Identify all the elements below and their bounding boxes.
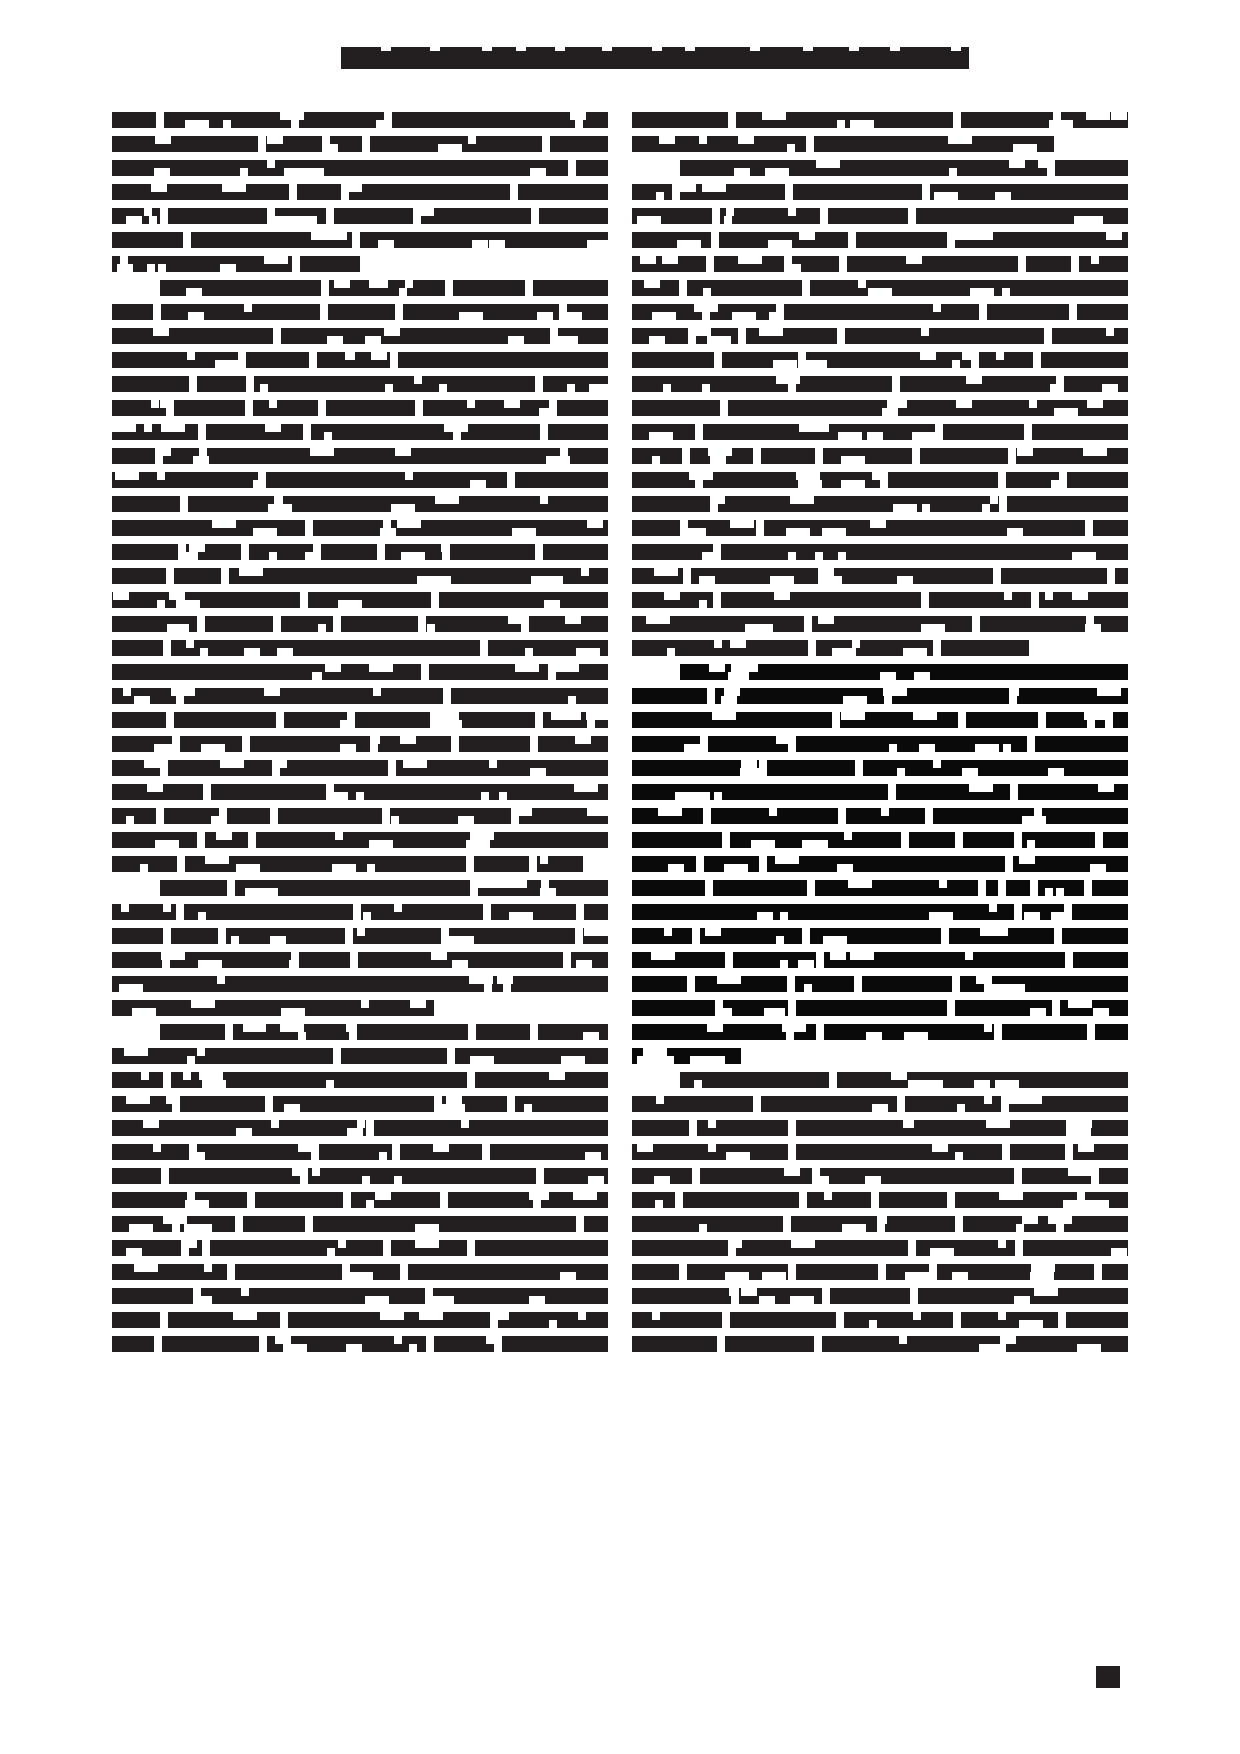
word-gap bbox=[994, 1024, 1002, 1040]
word-gap bbox=[507, 1096, 515, 1112]
mosaic-cell bbox=[435, 712, 459, 720]
mosaic-cell bbox=[561, 1056, 585, 1064]
redacted-text-line bbox=[112, 976, 608, 992]
mosaic-cell bbox=[649, 336, 665, 344]
word-gap bbox=[177, 856, 185, 872]
mosaic-cell bbox=[1090, 864, 1106, 872]
word-gap bbox=[714, 352, 722, 368]
mosaic-cell bbox=[153, 328, 169, 336]
mosaic-cell bbox=[314, 672, 322, 680]
mosaic-cell bbox=[578, 1312, 586, 1320]
redacted-text-line bbox=[632, 256, 1128, 272]
word-gap bbox=[1010, 784, 1018, 800]
mosaic-cell bbox=[870, 520, 886, 528]
word-gap bbox=[952, 976, 960, 992]
word-gap bbox=[837, 328, 845, 344]
mosaic-cell bbox=[730, 520, 754, 528]
word-gap bbox=[814, 1336, 822, 1352]
mosaic-cell bbox=[841, 712, 865, 720]
mosaic-cell bbox=[852, 640, 860, 648]
word-gap bbox=[1052, 1000, 1060, 1016]
mosaic-cell bbox=[796, 472, 820, 480]
redacted-text-line bbox=[112, 1048, 608, 1064]
mosaic-cell bbox=[280, 112, 304, 120]
mosaic-cell bbox=[394, 904, 402, 912]
word-gap bbox=[728, 112, 736, 128]
redacted-text-line bbox=[112, 208, 608, 224]
mosaic-cell bbox=[899, 1336, 907, 1344]
mosaic-cell bbox=[113, 592, 129, 600]
mosaic-cell bbox=[1030, 1272, 1054, 1280]
mosaic-cell bbox=[470, 832, 494, 840]
page-number-text: [redacted] bbox=[1096, 1666, 1097, 1667]
word-gap bbox=[395, 304, 403, 320]
mosaic-cell bbox=[189, 1152, 205, 1160]
mosaic-cell bbox=[380, 280, 388, 288]
mosaic-cell bbox=[417, 576, 441, 584]
redacted-text-line bbox=[632, 832, 1128, 848]
mosaic-cell bbox=[239, 568, 263, 576]
mosaic-cell bbox=[585, 1152, 601, 1160]
redacted-text-line bbox=[112, 1192, 608, 1208]
mosaic-cell bbox=[1106, 328, 1114, 336]
mosaic-cell bbox=[699, 1224, 707, 1232]
word-gap bbox=[273, 616, 281, 632]
mosaic-cell bbox=[431, 952, 447, 960]
word-gap bbox=[832, 712, 840, 728]
paragraph-text: [redacted] bbox=[112, 280, 113, 281]
mosaic-cell bbox=[399, 288, 407, 296]
mosaic-cell bbox=[977, 232, 993, 240]
mosaic-cell bbox=[1000, 1336, 1016, 1344]
word-gap bbox=[759, 856, 767, 872]
mosaic-cell bbox=[1102, 384, 1118, 392]
redacted-text-line bbox=[632, 136, 1054, 152]
mosaic-cell bbox=[157, 472, 165, 480]
mosaic-cell bbox=[869, 1320, 877, 1328]
redacted-text-line bbox=[632, 184, 1128, 200]
mosaic-cell bbox=[837, 864, 853, 872]
mosaic-cell bbox=[444, 424, 468, 432]
word-gap bbox=[292, 256, 300, 272]
mosaic-cell bbox=[1027, 840, 1035, 848]
mosaic-cell bbox=[469, 976, 493, 984]
mosaic-cell bbox=[738, 256, 762, 264]
redacted-text-line bbox=[112, 568, 608, 584]
mosaic-cell bbox=[882, 408, 898, 416]
mosaic-cell bbox=[551, 712, 575, 720]
mosaic-cell bbox=[913, 712, 937, 720]
mosaic-cell bbox=[171, 688, 195, 696]
mosaic-cell bbox=[472, 240, 488, 248]
redacted-text-line bbox=[112, 904, 608, 920]
mosaic-cell bbox=[410, 1000, 426, 1008]
mosaic-cell bbox=[441, 1104, 465, 1112]
paragraph: [redacted] bbox=[112, 112, 608, 272]
mosaic-cell bbox=[790, 1296, 814, 1304]
redacted-text-line bbox=[160, 1024, 608, 1040]
mosaic-cell bbox=[734, 168, 750, 176]
mosaic-cell bbox=[776, 736, 792, 744]
mosaic-cell bbox=[549, 1320, 557, 1328]
mosaic-cell bbox=[250, 1024, 266, 1032]
mosaic-cell bbox=[841, 456, 865, 464]
mosaic-cell bbox=[267, 136, 283, 144]
mosaic-cell bbox=[914, 672, 930, 680]
mosaic-cell bbox=[768, 240, 792, 248]
redacted-text-line bbox=[160, 280, 608, 296]
word-gap bbox=[1044, 328, 1052, 344]
mosaic-cell bbox=[269, 400, 277, 408]
mosaic-cell bbox=[664, 928, 672, 936]
mosaic-cell bbox=[962, 768, 978, 776]
paragraph-text: [redacted] bbox=[632, 1072, 633, 1073]
mosaic-cell bbox=[134, 696, 150, 704]
word-gap bbox=[480, 640, 488, 656]
redacted-text-line bbox=[632, 1288, 1128, 1304]
mosaic-cell bbox=[1074, 216, 1098, 224]
word-gap bbox=[682, 448, 690, 464]
mosaic-cell bbox=[201, 744, 225, 752]
word-gap bbox=[529, 856, 537, 872]
mosaic-cell bbox=[965, 952, 973, 960]
mosaic-cell bbox=[702, 384, 710, 392]
redacted-text-line bbox=[112, 304, 608, 320]
mosaic-cell bbox=[646, 616, 670, 624]
mosaic-cell bbox=[1019, 1320, 1043, 1328]
word-gap bbox=[353, 904, 361, 920]
mosaic-cell bbox=[872, 1104, 888, 1112]
mosaic-cell bbox=[1024, 912, 1040, 920]
redacted-text-line bbox=[632, 688, 1128, 704]
header-gap bbox=[685, 47, 695, 51]
mosaic-cell bbox=[397, 520, 421, 528]
mosaic-cell bbox=[741, 760, 757, 768]
word-gap bbox=[1107, 568, 1115, 584]
word-gap bbox=[568, 160, 576, 176]
mosaic-cell bbox=[163, 1216, 187, 1224]
mosaic-cell bbox=[198, 960, 222, 968]
redacted-text-line bbox=[112, 616, 608, 632]
mosaic-cell bbox=[1086, 112, 1110, 120]
redacted-text-line bbox=[112, 664, 608, 680]
mosaic-cell bbox=[637, 1144, 653, 1152]
mosaic-cell bbox=[830, 952, 846, 960]
mosaic-cell bbox=[220, 264, 236, 272]
mosaic-cell bbox=[310, 448, 334, 456]
word-gap bbox=[815, 448, 823, 464]
mosaic-cell bbox=[415, 1224, 439, 1232]
mosaic-cell bbox=[503, 880, 527, 888]
redacted-text-line bbox=[632, 424, 1128, 440]
word-gap bbox=[333, 1048, 341, 1064]
word-gap bbox=[788, 1120, 796, 1136]
word-gap bbox=[246, 376, 254, 392]
mosaic-cell bbox=[930, 1248, 954, 1256]
mosaic-cell bbox=[912, 432, 936, 440]
redacted-text-line bbox=[632, 1144, 1128, 1160]
mosaic-cell bbox=[587, 520, 603, 528]
mosaic-cell bbox=[724, 216, 732, 224]
word-gap bbox=[1014, 832, 1022, 848]
mosaic-cell bbox=[244, 304, 252, 312]
mosaic-cell bbox=[236, 1128, 252, 1136]
word-gap bbox=[451, 736, 459, 752]
mosaic-cell bbox=[1083, 448, 1107, 456]
mosaic-cell bbox=[144, 208, 152, 216]
word-gap bbox=[1024, 424, 1032, 440]
mosaic-cell bbox=[1111, 112, 1127, 120]
mosaic-cell bbox=[154, 168, 170, 176]
word-gap bbox=[300, 592, 308, 608]
mosaic-cell bbox=[725, 1272, 749, 1280]
mosaic-cell bbox=[253, 528, 277, 536]
header-gap bbox=[803, 47, 813, 51]
mosaic-cell bbox=[529, 1296, 545, 1304]
mosaic-cell bbox=[939, 880, 947, 888]
mosaic-cell bbox=[346, 184, 362, 192]
mosaic-cell bbox=[770, 576, 794, 584]
mosaic-cell bbox=[144, 424, 152, 432]
word-gap bbox=[1018, 256, 1026, 272]
word-gap bbox=[1015, 1240, 1023, 1256]
mosaic-cell bbox=[690, 1056, 714, 1064]
mosaic-cell bbox=[155, 456, 163, 464]
mosaic-cell bbox=[540, 888, 556, 896]
mosaic-cell bbox=[275, 496, 283, 504]
mosaic-cell bbox=[865, 1176, 881, 1184]
word-gap bbox=[431, 592, 439, 608]
word-gap bbox=[280, 1312, 288, 1328]
mosaic-cell bbox=[139, 1224, 147, 1232]
redacted-text-line bbox=[632, 760, 1128, 776]
mosaic-cell bbox=[880, 672, 896, 680]
mosaic-cell bbox=[813, 1176, 829, 1184]
word-gap bbox=[953, 1312, 961, 1328]
redacted-text-line bbox=[632, 1264, 1128, 1280]
word-gap bbox=[993, 568, 1001, 584]
right-column: [redacted][redacted][redacted][redacted] bbox=[632, 112, 1128, 1360]
mosaic-cell bbox=[933, 304, 941, 312]
mosaic-cell bbox=[326, 1080, 334, 1088]
word-gap bbox=[695, 424, 703, 440]
mosaic-cell bbox=[791, 1240, 815, 1248]
mosaic-cell bbox=[283, 1344, 307, 1352]
mosaic-cell bbox=[245, 888, 269, 896]
word-gap bbox=[235, 1216, 243, 1232]
mosaic-cell bbox=[920, 352, 936, 360]
mosaic-cell bbox=[740, 768, 764, 776]
mosaic-cell bbox=[371, 352, 387, 360]
mosaic-cell bbox=[129, 984, 137, 992]
paper-page: [redacted running header] [redacted][red… bbox=[0, 0, 1240, 1754]
mosaic-cell bbox=[167, 624, 183, 632]
mosaic-cell bbox=[652, 1312, 660, 1320]
word-gap bbox=[466, 856, 474, 872]
mosaic-cell bbox=[338, 600, 362, 608]
mosaic-cell bbox=[1011, 688, 1019, 696]
mosaic-cell bbox=[1045, 592, 1053, 600]
mosaic-cell bbox=[211, 816, 227, 824]
redacted-text-line bbox=[112, 784, 608, 800]
word-gap bbox=[1027, 736, 1035, 752]
mosaic-cell bbox=[780, 912, 788, 920]
redacted-text-line bbox=[632, 352, 1128, 368]
mosaic-cell bbox=[186, 640, 194, 648]
word-gap bbox=[483, 904, 491, 920]
mosaic-cell bbox=[153, 1144, 161, 1152]
mosaic-cell bbox=[441, 544, 449, 552]
mosaic-cell bbox=[1068, 1168, 1092, 1176]
mosaic-cell bbox=[380, 1312, 404, 1320]
mosaic-cell bbox=[904, 1032, 928, 1040]
mosaic-cell bbox=[651, 952, 675, 960]
word-gap bbox=[530, 736, 538, 752]
redacted-text-line bbox=[632, 112, 1128, 128]
mosaic-cell bbox=[932, 1144, 948, 1152]
redacted-text-line bbox=[112, 400, 608, 416]
mosaic-cell bbox=[357, 1120, 365, 1128]
mosaic-cell bbox=[181, 1240, 197, 1248]
mosaic-cell bbox=[268, 504, 292, 512]
mosaic-cell bbox=[709, 664, 725, 672]
redacted-text-line bbox=[112, 640, 608, 656]
mosaic-cell bbox=[717, 496, 725, 504]
mosaic-cell bbox=[182, 552, 198, 560]
mosaic-cell bbox=[652, 312, 676, 320]
mosaic-cell bbox=[905, 1272, 929, 1280]
mosaic-cell bbox=[881, 808, 889, 816]
mosaic-cell bbox=[1045, 888, 1053, 896]
word-gap bbox=[305, 1216, 313, 1232]
mosaic-cell bbox=[355, 1272, 363, 1280]
header-gap bbox=[849, 47, 859, 51]
redacted-text-line bbox=[632, 1168, 1128, 1184]
mosaic-cell bbox=[1072, 592, 1088, 600]
word-gap bbox=[706, 256, 714, 272]
redacted-text-line bbox=[160, 880, 608, 896]
mosaic-cell bbox=[123, 472, 139, 480]
mosaic-cell bbox=[658, 808, 682, 816]
redacted-text-line bbox=[632, 1096, 1128, 1112]
word-gap bbox=[1065, 952, 1073, 968]
mosaic-cell bbox=[948, 136, 972, 144]
mosaic-cell bbox=[576, 648, 600, 656]
mosaic-cell bbox=[921, 624, 945, 632]
mosaic-cell bbox=[922, 504, 930, 512]
mosaic-cell bbox=[842, 1224, 866, 1232]
word-gap bbox=[197, 616, 205, 632]
paragraph: [redacted] bbox=[632, 1072, 1128, 1352]
mosaic-cell bbox=[804, 984, 812, 992]
header-gap bbox=[482, 47, 492, 51]
mosaic-cell bbox=[176, 600, 200, 608]
mosaic-cell bbox=[335, 832, 343, 840]
mosaic-cell bbox=[1051, 480, 1067, 488]
mosaic-cell bbox=[969, 784, 993, 792]
mosaic-cell bbox=[293, 216, 317, 224]
redacted-text-line bbox=[112, 832, 608, 848]
word-gap bbox=[679, 1264, 687, 1280]
mosaic-cell bbox=[1106, 232, 1122, 240]
mosaic-cell bbox=[153, 304, 161, 312]
word-gap bbox=[447, 1048, 455, 1064]
mosaic-cell bbox=[567, 384, 575, 392]
paragraph-text: [redacted] bbox=[632, 664, 633, 665]
mosaic-cell bbox=[264, 256, 288, 264]
mosaic-cell bbox=[186, 288, 202, 296]
word-gap bbox=[880, 472, 888, 488]
mosaic-cell bbox=[741, 1288, 757, 1296]
mosaic-cell bbox=[866, 1032, 882, 1040]
redacted-text-line bbox=[632, 1216, 1128, 1232]
word-gap bbox=[525, 280, 533, 296]
mosaic-cell bbox=[762, 112, 786, 120]
mosaic-cell bbox=[524, 1104, 532, 1112]
word-gap bbox=[531, 208, 539, 224]
word-gap bbox=[321, 280, 329, 296]
mosaic-cell bbox=[1016, 1224, 1024, 1232]
mosaic-cell bbox=[504, 400, 520, 408]
mosaic-cell bbox=[1048, 768, 1064, 776]
mosaic-cell bbox=[340, 744, 356, 752]
word-gap bbox=[221, 568, 229, 584]
redacted-text-line bbox=[680, 1072, 1128, 1088]
redacted-text-line bbox=[632, 952, 1128, 968]
redacted-text-line bbox=[632, 1000, 1128, 1016]
word-gap bbox=[576, 1216, 584, 1232]
mosaic-cell bbox=[438, 144, 462, 152]
mosaic-cell bbox=[815, 552, 823, 560]
word-gap bbox=[163, 640, 171, 656]
redacted-text-line bbox=[112, 952, 608, 968]
mosaic-cell bbox=[509, 912, 533, 920]
word-gap bbox=[955, 832, 963, 848]
mosaic-cell bbox=[656, 192, 664, 200]
redacted-text-line bbox=[632, 400, 1128, 416]
mosaic-cell bbox=[726, 208, 734, 216]
mosaic-cell bbox=[508, 336, 524, 344]
mosaic-cell bbox=[656, 1096, 664, 1104]
mosaic-cell bbox=[1097, 688, 1121, 696]
mosaic-cell bbox=[529, 1192, 545, 1200]
mosaic-cell bbox=[199, 1072, 223, 1080]
mosaic-cell bbox=[486, 1336, 502, 1344]
mosaic-cell bbox=[705, 928, 721, 936]
mosaic-cell bbox=[702, 184, 726, 192]
mosaic-cell bbox=[530, 768, 546, 776]
redacted-text-line bbox=[112, 760, 608, 776]
mosaic-cell bbox=[241, 1288, 249, 1296]
mosaic-cell bbox=[298, 1144, 314, 1152]
redacted-text-line bbox=[112, 352, 608, 368]
word-gap bbox=[426, 1336, 434, 1352]
word-gap bbox=[202, 1240, 210, 1256]
word-gap bbox=[421, 664, 429, 680]
mosaic-cell bbox=[824, 1192, 832, 1200]
mosaic-cell bbox=[1098, 784, 1114, 792]
mosaic-cell bbox=[198, 912, 206, 920]
mosaic-cell bbox=[284, 1104, 300, 1112]
mosaic-cell bbox=[822, 528, 846, 536]
mosaic-cell bbox=[419, 1312, 443, 1320]
word-gap bbox=[822, 1288, 830, 1304]
mosaic-cell bbox=[231, 936, 239, 944]
redacted-text-line bbox=[680, 664, 1128, 680]
word-gap bbox=[839, 256, 847, 272]
mosaic-cell bbox=[672, 184, 696, 192]
word-gap bbox=[318, 400, 326, 416]
